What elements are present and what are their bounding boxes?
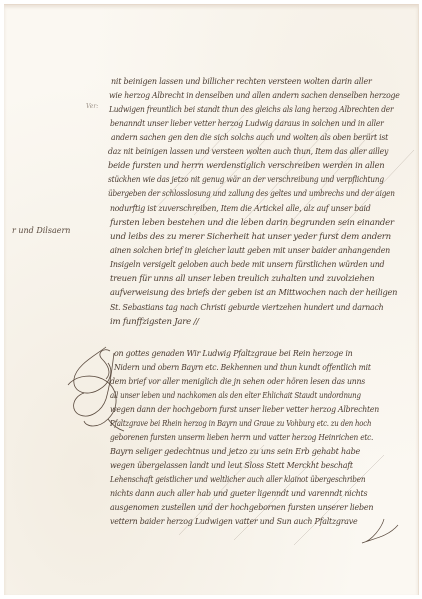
body-line: daz nit beinigen lassen und versteen wol… — [108, 146, 388, 158]
body-line: aufverweisung des briefs der geben ist a… — [110, 287, 397, 299]
body-line: übergeben der schlosslosung und zallung … — [108, 188, 395, 200]
body-line: Lehenschaft geistlicher und weltlicher a… — [110, 474, 365, 486]
body-line: ausgenomen zustellen und der hochgeborne… — [110, 502, 373, 514]
body-line: nichts dann auch aller hab und gueter li… — [110, 488, 367, 500]
body-line: Bayrn seliger gedechtnus und jetzo zu un… — [110, 446, 360, 458]
body-line: stückhen wie das jetzo nit genug wär an … — [108, 174, 384, 186]
body-line: dem brief vor aller meniglich die jn seh… — [110, 376, 365, 388]
closing-flourish — [354, 517, 404, 547]
body-line: nodurftig ist zuverschreiben, Item die A… — [110, 203, 371, 215]
body-line: geborenen fursten unserm lieben herrn un… — [110, 432, 373, 444]
body-line: Nidern und obern Bayrn etc. Bekhennen un… — [114, 362, 371, 374]
body-line: Insigeln versigelt geloben auch bede mit… — [110, 259, 384, 271]
body-line: beide fursten und herrn werdenstiglich v… — [108, 160, 384, 172]
body-line: andern sachen gen den die sich solchs au… — [111, 132, 388, 144]
body-line: on gottes genaden Wir Ludwig Pfaltzgraue… — [114, 348, 353, 360]
body-line: vettern baider herzog Ludwigen vatter un… — [110, 516, 357, 528]
body-line: nit beinigen lassen und billicher rechte… — [111, 76, 372, 88]
body-line: und leibs des zu merer Sicherheit hat un… — [110, 231, 391, 243]
body-line: wegen dann der hochgeborn furst unser li… — [110, 404, 379, 416]
body-line: Ludwigen freuntlich bei standt thun des … — [109, 104, 393, 116]
body-line: fursten leben bestehen und die leben dar… — [110, 217, 394, 229]
margin-note-2: r und Dilsaern — [12, 226, 70, 235]
body-line: all unser leben und nachkomen als den el… — [110, 390, 361, 402]
body-line: wegen übergelassen landt und leut Sloss … — [110, 460, 353, 472]
margin-note-1: Ver: — [86, 103, 98, 110]
body-line: Pfaltzgrave bei Rhein herzog in Bayrn un… — [110, 418, 371, 430]
body-line: im funffzigsten Jare // — [110, 316, 199, 328]
body-line: treuen für unns all unser leben treulich… — [110, 273, 374, 285]
body-line: wie herzog Albrecht in denselben und all… — [109, 90, 400, 102]
body-line: ainen solchen brief in gleicher lautt ge… — [110, 245, 390, 257]
body-line: St. Sebastians tag nach Christi geburde … — [110, 302, 383, 314]
body-line: benanndt unser lieber vetter herzog Ludw… — [110, 118, 384, 130]
manuscript-page: Ver: r und Dilsaern nit beinigen lassen … — [4, 4, 419, 595]
